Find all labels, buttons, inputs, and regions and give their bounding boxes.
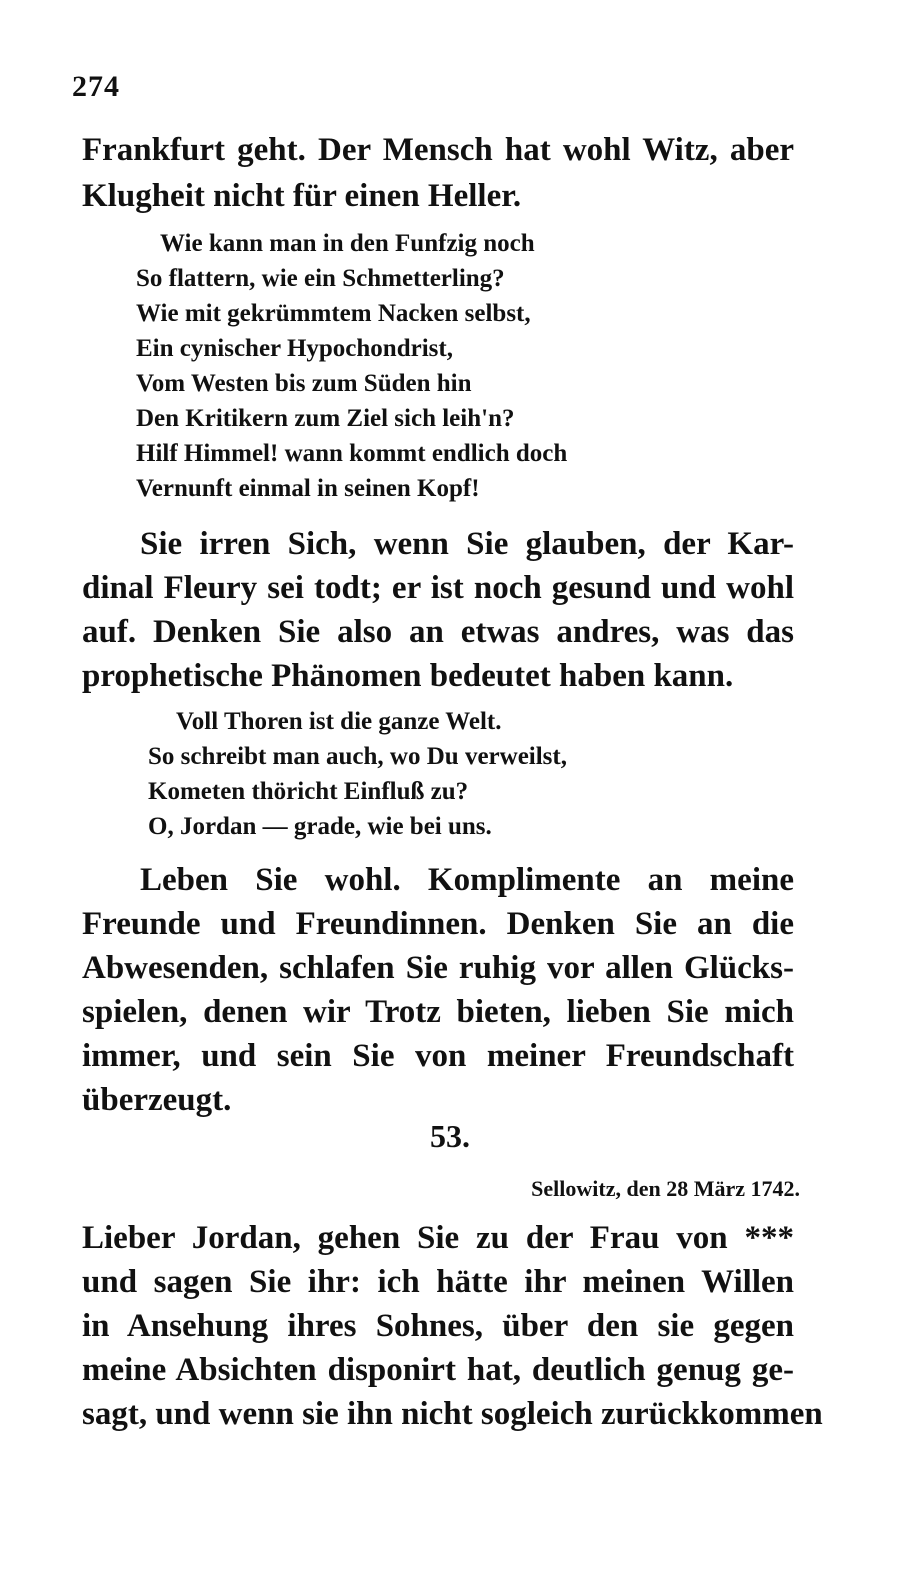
text-line: immer, und sein Sie von meiner Freundsch…	[82, 1038, 794, 1075]
verse-line: O, Jordan — grade, wie bei uns.	[148, 813, 492, 841]
page-number: 274	[72, 70, 120, 104]
verse-line: Wie mit gekrümmtem Nacken selbst,	[136, 300, 531, 328]
text-line: überzeugt.	[82, 1082, 794, 1119]
text-line: prophetische Phänomen bedeutet haben kan…	[82, 658, 794, 695]
text-line: Klugheit nicht für einen Heller.	[82, 178, 794, 215]
text-line: in Ansehung ihres Sohnes, über den sie g…	[82, 1308, 794, 1345]
verse-line: Ein cynischer Hypochondrist,	[136, 335, 453, 363]
verse-line: So flattern, wie ein Schmetterling?	[136, 265, 505, 293]
text-line: meine Absichten disponirt hat, deutlich …	[82, 1352, 794, 1389]
verse-line: Hilf Himmel! wann kommt endlich doch	[136, 440, 567, 468]
text-line: Sie irren Sich, wenn Sie glauben, der Ka…	[140, 526, 794, 563]
verse-line: Wie kann man in den Funfzig noch	[160, 230, 535, 258]
text-line: und sagen Sie ihr: ich hätte ihr meinen …	[82, 1264, 794, 1301]
verse-line: Voll Thoren ist die ganze Welt.	[176, 708, 502, 736]
verse-line: Kometen thöricht Einfluß zu?	[148, 778, 468, 806]
verse-line: Den Kritikern zum Ziel sich leih'n?	[136, 405, 514, 433]
text-line: Abwesenden, schlafen Sie ruhig vor allen…	[82, 950, 794, 987]
text-line: sagt, und wenn sie ihn nicht sogleich zu…	[82, 1396, 794, 1433]
verse-line: Vernunft einmal in seinen Kopf!	[136, 475, 480, 503]
verse-line: So schreibt man auch, wo Du verweilst,	[148, 743, 567, 771]
text-line: Leben Sie wohl. Komplimente an meine	[140, 862, 794, 899]
text-line: Frankfurt geht. Der Mensch hat wohl Witz…	[82, 132, 794, 169]
dateline: Sellowitz, den 28 März 1742.	[531, 1176, 800, 1202]
letter-number: 53.	[430, 1118, 470, 1155]
verse-line: Vom Westen bis zum Süden hin	[136, 370, 472, 398]
text-line: Freunde und Freundinnen. Denken Sie an d…	[82, 906, 794, 943]
text-line: spielen, denen wir Trotz bieten, lieben …	[82, 994, 794, 1031]
book-page: 274 Frankfurt geht. Der Mensch hat wohl …	[0, 0, 900, 1594]
text-line: auf. Denken Sie also an etwas andres, wa…	[82, 614, 794, 651]
text-line: dinal Fleury sei todt; er ist noch gesun…	[82, 570, 794, 607]
text-line: Lieber Jordan, gehen Sie zu der Frau von…	[82, 1220, 794, 1257]
